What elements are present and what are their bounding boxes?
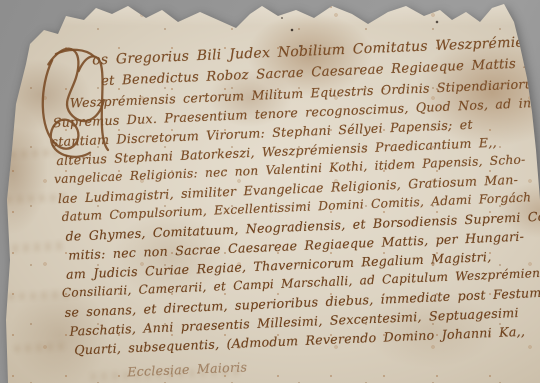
manuscript-line-partial: Ecclesiae Maioris xyxy=(127,359,248,379)
torn-paper-sheet: os Gregorius Bili Judex Nobilium Comitat… xyxy=(0,0,540,383)
paper-sheet-wrap: os Gregorius Bili Judex Nobilium Comitat… xyxy=(0,0,540,383)
photograph-of-manuscript: os Gregorius Bili Judex Nobilium Comitat… xyxy=(0,0,540,383)
handwritten-text-block: os Gregorius Bili Judex Nobilium Comitat… xyxy=(0,0,540,383)
